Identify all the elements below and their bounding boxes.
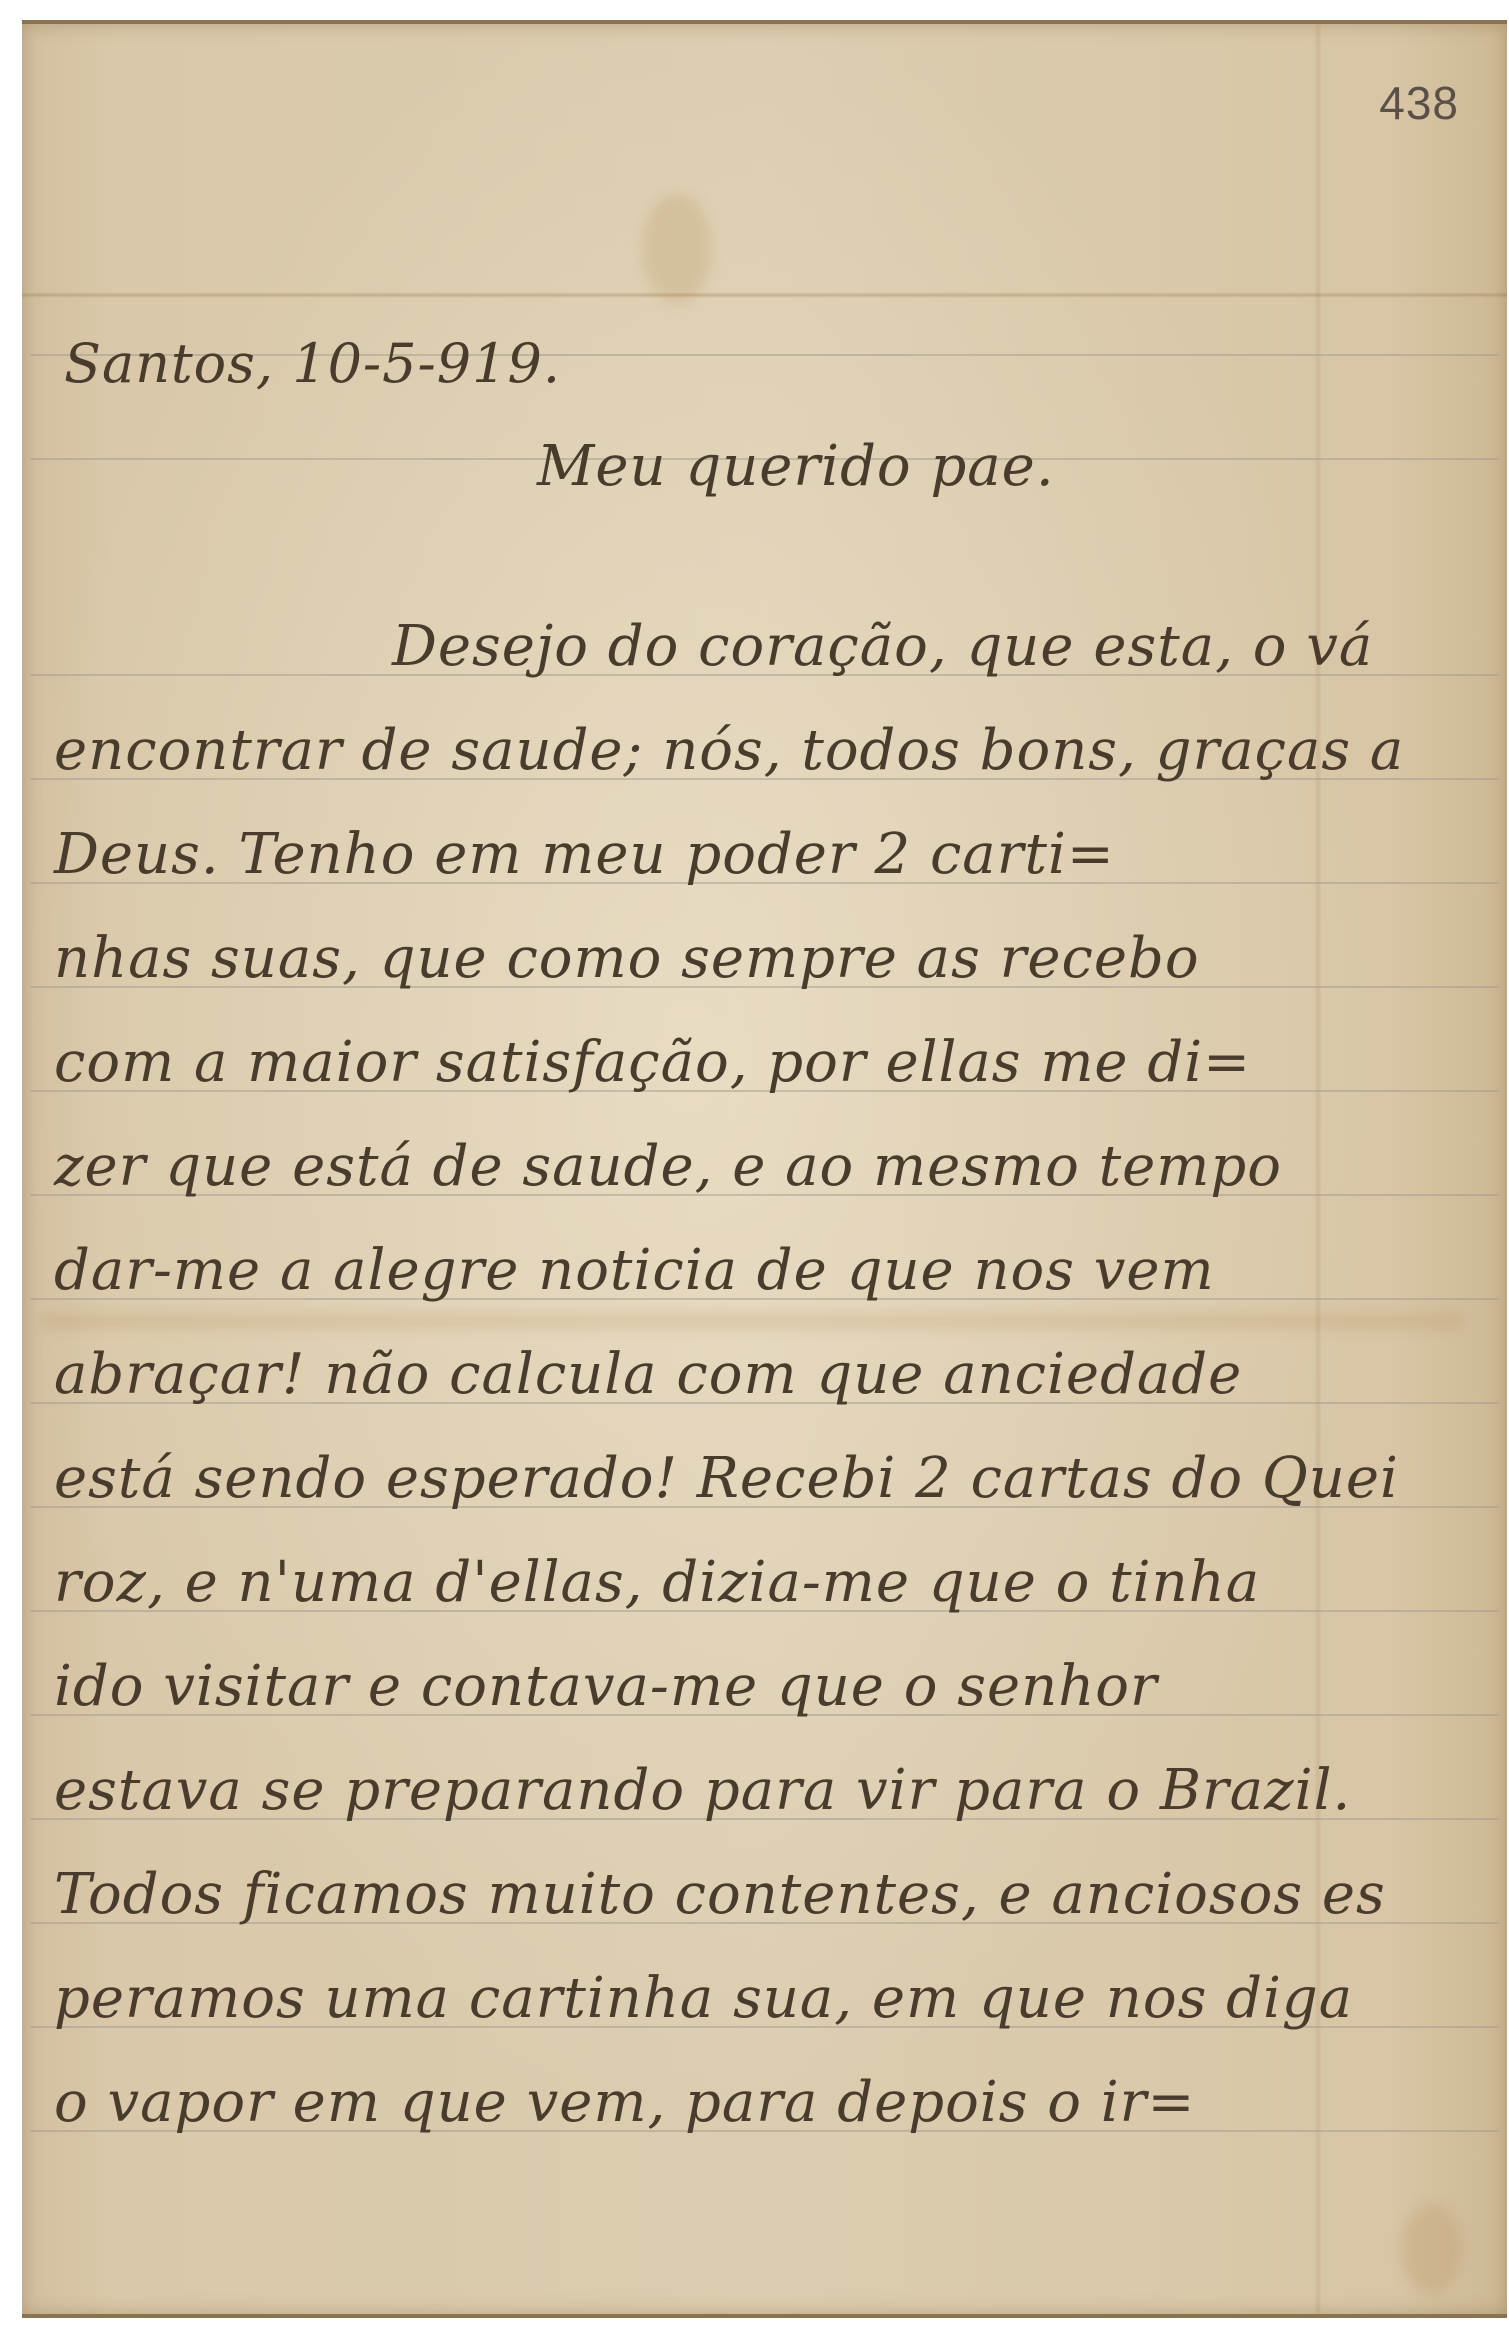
letter-line: peramos uma cartinha sua, em que nos dig…	[54, 1966, 1353, 2031]
letter-line: zer que está de saude, e ao mesmo tempo	[54, 1134, 1282, 1199]
page-number: 438	[1379, 76, 1459, 130]
letter-line: roz, e n'uma d'ellas, dizia-me que o tin…	[54, 1550, 1260, 1615]
letter-line: o vapor em que vem, para depois o ir=	[54, 2070, 1195, 2135]
letter-line: nhas suas, que como sempre as recebo	[54, 926, 1200, 991]
letter-line: abraçar! não calcula com que anciedade	[54, 1342, 1242, 1407]
horizontal-fold-crease	[22, 292, 1507, 298]
letter-line: Deus. Tenho em meu poder 2 carti=	[54, 822, 1115, 887]
letter-line: Todos ficamos muito contentes, e ancioso…	[54, 1862, 1386, 1927]
letter-line: dar-me a alegre noticia de que nos vem	[54, 1238, 1215, 1303]
paper-stain	[1402, 2204, 1462, 2294]
paper-stain	[642, 194, 712, 304]
place-date: Santos, 10-5-919.	[64, 332, 561, 395]
letter-line: Desejo do coração, que esta, o vá	[392, 614, 1373, 679]
salutation: Meu querido pae.	[537, 434, 1055, 499]
letter-page: 438 Santos, 10-5-919. Meu querido pae. D…	[22, 20, 1507, 2318]
letter-line: encontrar de saude; nós, todos bons, gra…	[54, 718, 1404, 783]
letter-line: está sendo esperado! Recebi 2 cartas do …	[54, 1446, 1399, 1511]
letter-line: com a maior satisfação, por ellas me di=	[54, 1030, 1251, 1095]
paper-stain	[42, 1314, 1462, 1328]
letter-line: ido visitar e contava-me que o senhor	[54, 1654, 1158, 1719]
letter-line: estava se preparando para vir para o Bra…	[54, 1758, 1351, 1823]
